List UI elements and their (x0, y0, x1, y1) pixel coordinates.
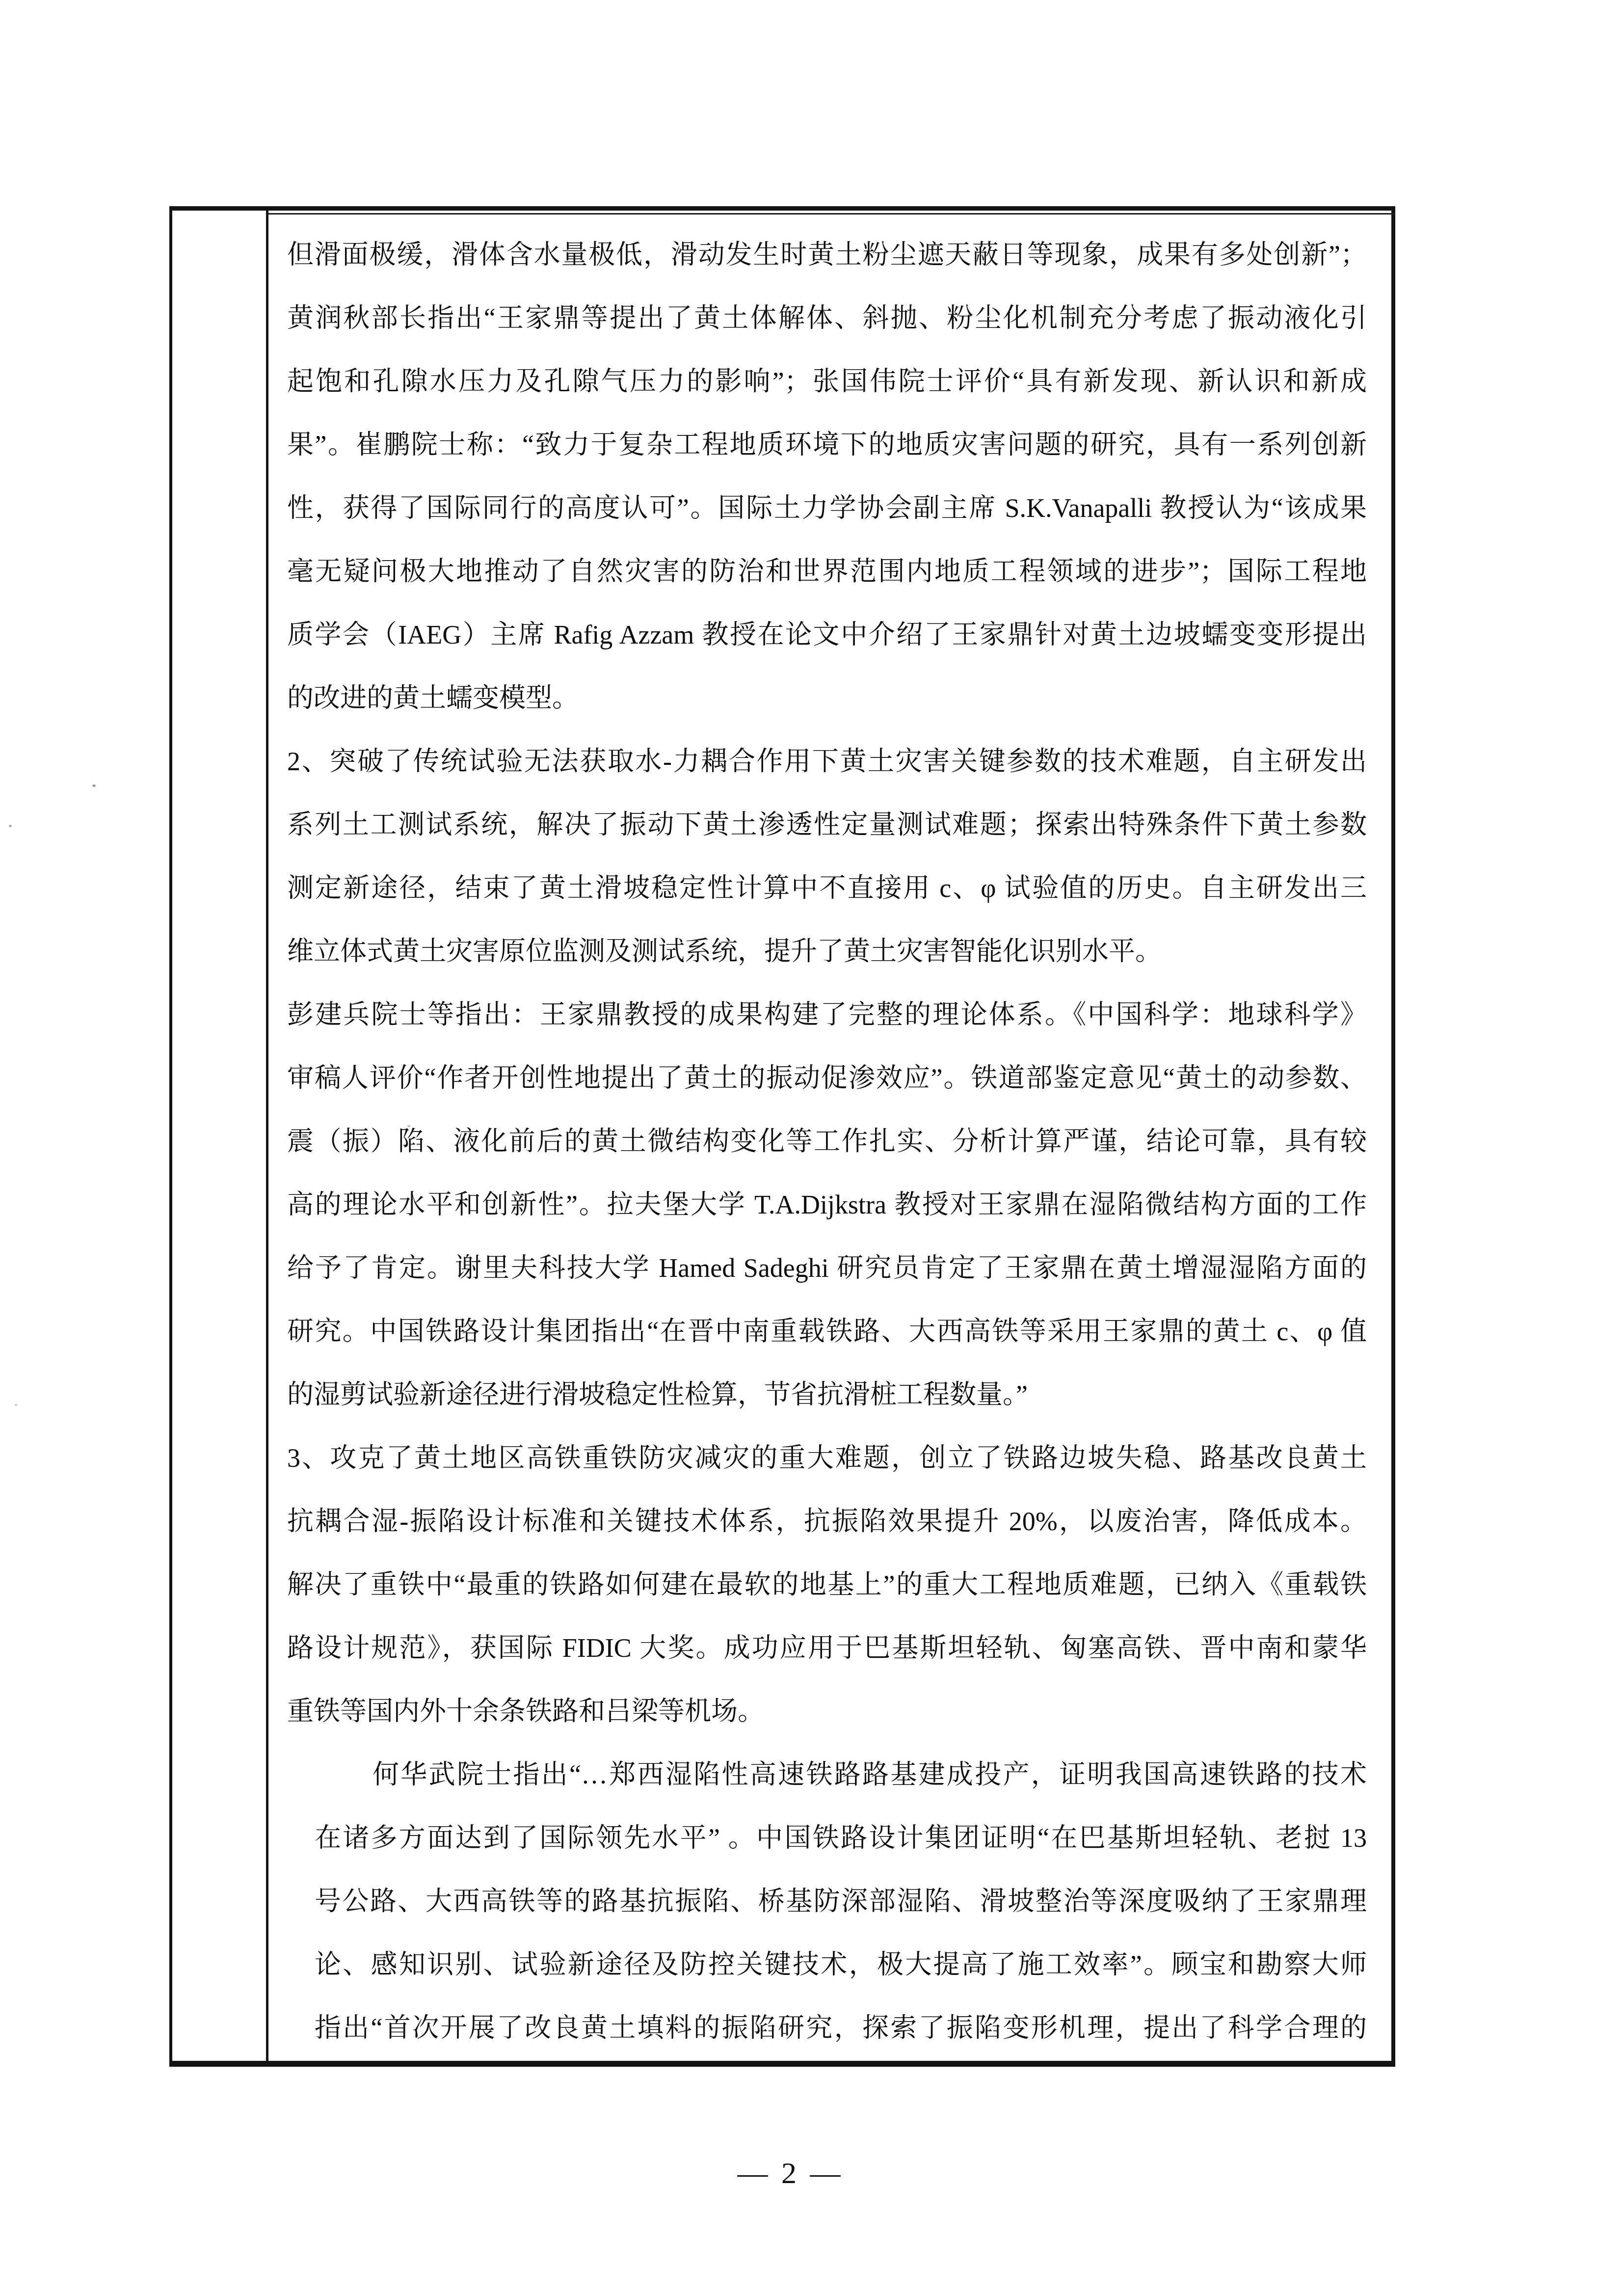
text-line: 的湿剪试验新途径进行滑坡稳定性检算，节省抗滑桩工程数量。” (287, 1363, 1367, 1427)
text-line: 重铁等国内外十余条铁路和吕梁等机场。 (287, 1680, 1367, 1743)
text-line: 高的理论水平和创新性”。拉夫堡大学 T.A.Dijkstra 教授对王家鼎在湿陷… (287, 1173, 1367, 1237)
text-line: 2、突破了传统试验无法获取水-力耦合作用下黄土灾害关键参数的技术难题，自主研发出 (287, 730, 1367, 793)
text-line: 维立体式黄土灾害原位监测及测试系统，提升了黄土灾害智能化识别水平。 (287, 920, 1367, 983)
text-line: 审稿人评价“作者开创性地提出了黄土的振动促渗效应”。铁道部鉴定意见“黄土的动参数… (287, 1047, 1367, 1110)
text-line: 测定新途径，结束了黄土滑坡稳定性计算中不直接用 c、φ 试验值的历史。自主研发出… (287, 857, 1367, 920)
text-line: 彭建兵院士等指出：王家鼎教授的成果构建了完整的理论体系。《中国科学：地球科学》 (287, 983, 1367, 1047)
text-line: 号公路、大西高铁等的路基抗振陷、桥基防深部湿陷、滑坡整治等深度吸纳了王家鼎理 (315, 1870, 1367, 1933)
text-line: 震（振）陷、液化前后的黄土微结构变化等工作扎实、分析计算严谨，结论可靠，具有较 (287, 1110, 1367, 1173)
text-line: 的改进的黄土蠕变模型。 (287, 667, 1367, 730)
content-table: 但滑面极缓，滑体含水量极低，滑动发生时黄土粉尘遮天蔽日等现象，成果有多处创新”；… (169, 206, 1395, 2067)
text-line: 起饱和孔隙水压力及孔隙气压力的影响”；张国伟院士评价“具有新发现、新认识和新成 (287, 350, 1367, 413)
text-lines: 但滑面极缓，滑体含水量极低，滑动发生时黄土粉尘遮天蔽日等现象，成果有多处创新”；… (287, 223, 1367, 2060)
text-line: 指出“首次开展了改良黄土填料的振陷研究，探索了振陷变形机理，提出了科学合理的 (315, 1997, 1367, 2060)
text-line: 解决了重铁中“最重的铁路如何建在最软的地基上”的重大工程地质难题，已纳入《重载铁 (287, 1553, 1367, 1617)
text-line: 论、感知识别、试验新途径及防控关键技术，极大提高了施工效率”。顾宝和勘察大师 (315, 1933, 1367, 1997)
scan-speckle (15, 1404, 17, 1406)
text-line: 质学会（IAEG）主席 Rafig Azzam 教授在论文中介绍了王家鼎针对黄土… (287, 603, 1367, 667)
text-line: 但滑面极缓，滑体含水量极低，滑动发生时黄土粉尘遮天蔽日等现象，成果有多处创新”； (287, 223, 1367, 287)
table-text-column: 但滑面极缓，滑体含水量极低，滑动发生时黄土粉尘遮天蔽日等现象，成果有多处创新”；… (271, 211, 1391, 2061)
text-line: 路设计规范》，获国际 FIDIC 大奖。成功应用于巴基斯坦轻轨、匈塞高铁、晋中南… (287, 1617, 1367, 1680)
scan-speckle (9, 825, 12, 827)
scan-speckle (92, 784, 96, 787)
page-number-label: — 2 — (738, 2157, 844, 2190)
text-line: 3、攻克了黄土地区高铁重铁防灾减灾的重大难题，创立了铁路边坡失稳、路基改良黄土 (287, 1427, 1367, 1490)
table-label-column (172, 211, 268, 2061)
text-line: 何华武院士指出“…郑西湿陷性高速铁路路基建成投产，证明我国高速铁路的技术 (315, 1743, 1367, 1807)
text-line: 果”。崔鹏院士称：“致力于复杂工程地质环境下的地质灾害问题的研究，具有一系列创新 (287, 413, 1367, 477)
page-number: — 2 — (0, 2156, 1581, 2191)
text-line: 研究。中国铁路设计集团指出“在晋中南重载铁路、大西高铁等采用王家鼎的黄土 c、φ… (287, 1300, 1367, 1363)
text-line: 系列土工测试系统，解决了振动下黄土渗透性定量测试难题；探索出特殊条件下黄土参数 (287, 793, 1367, 857)
text-line: 黄润秋部长指出“王家鼎等提出了黄土体解体、斜抛、粉尘化机制充分考虑了振动液化引 (287, 287, 1367, 350)
scan-speckle (407, 1125, 410, 1127)
document-page: 但滑面极缓，滑体含水量极低，滑动发生时黄土粉尘遮天蔽日等现象，成果有多处创新”；… (0, 0, 1623, 2296)
text-line: 性，获得了国际同行的高度认可”。国际土力学协会副主席 S.K.Vanapalli… (287, 477, 1367, 540)
text-line: 抗耦合湿-振陷设计标准和关键技术体系，抗振陷效果提升 20%，以废治害，降低成本… (287, 1490, 1367, 1553)
text-line: 在诸多方面达到了国际领先水平” 。中国铁路设计集团证明“在巴基斯坦轻轨、老挝 1… (315, 1807, 1367, 1870)
text-line: 毫无疑问极大地推动了自然灾害的防治和世界范围内地质工程领域的进步”；国际工程地 (287, 540, 1367, 603)
text-line: 给予了肯定。谢里夫科技大学 Hamed Sadeghi 研究员肯定了王家鼎在黄土… (287, 1237, 1367, 1300)
